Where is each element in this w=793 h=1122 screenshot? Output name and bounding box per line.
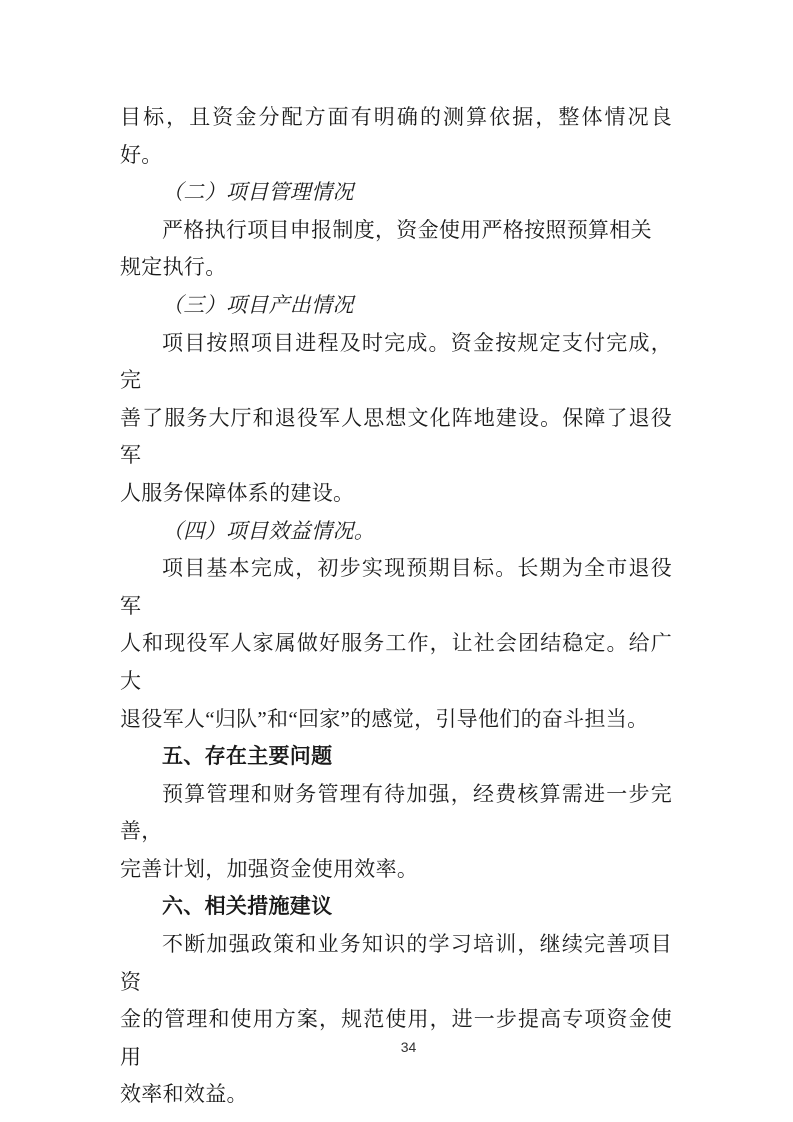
document-page: 目标，且资金分配方面有明确的测算依据，整体情况良好。 （二）项目管理情况 严格执… <box>0 0 793 1122</box>
section-heading-main-problems: 五、存在主要问题 <box>120 738 672 776</box>
document-body: 目标，且资金分配方面有明确的测算依据，整体情况良好。 （二）项目管理情况 严格执… <box>0 0 793 1114</box>
subsection-heading-project-output: （三）项目产出情况 <box>120 287 672 325</box>
section-heading-measure-suggestions: 六、相关措施建议 <box>120 888 672 926</box>
paragraph-funding-goal-continuation: 目标，且资金分配方面有明确的测算依据，整体情况良好。 <box>120 99 672 174</box>
subsection-heading-project-benefit: （四）项目效益情况。 <box>120 513 672 551</box>
page-footer: 34 <box>0 1039 793 1055</box>
page-number: 34 <box>401 1039 417 1055</box>
paragraph-project-management: 严格执行项目申报制度，资金使用严格按照预算相关 规定执行。 <box>120 212 672 287</box>
paragraph-measure-suggestions: 不断加强政策和业务知识的学习培训，继续完善项目资 金的管理和使用方案，规范使用，… <box>120 926 672 1114</box>
paragraph-project-benefit: 项目基本完成，初步实现预期目标。长期为全市退役军 人和现役军人家属做好服务工作，… <box>120 550 672 738</box>
paragraph-project-output: 项目按照项目进程及时完成。资金按规定支付完成，完 善了服务大厅和退役军人思想文化… <box>120 325 672 513</box>
paragraph-main-problems: 预算管理和财务管理有待加强，经费核算需进一步完善， 完善计划，加强资金使用效率。 <box>120 776 672 889</box>
subsection-heading-project-management: （二）项目管理情况 <box>120 174 672 212</box>
